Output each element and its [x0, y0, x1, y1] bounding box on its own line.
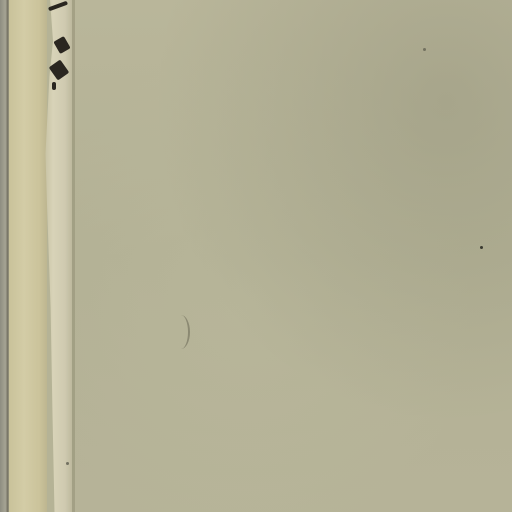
fold-line — [72, 0, 75, 512]
paper-crease — [172, 315, 190, 349]
speck — [480, 246, 483, 249]
speck — [66, 462, 69, 465]
binding-strip — [9, 0, 47, 512]
main-paper-surface — [72, 0, 512, 512]
speck — [423, 48, 426, 51]
dark-left-edge — [0, 0, 9, 512]
paper-photo — [0, 0, 512, 512]
ink-mark — [52, 82, 56, 90]
